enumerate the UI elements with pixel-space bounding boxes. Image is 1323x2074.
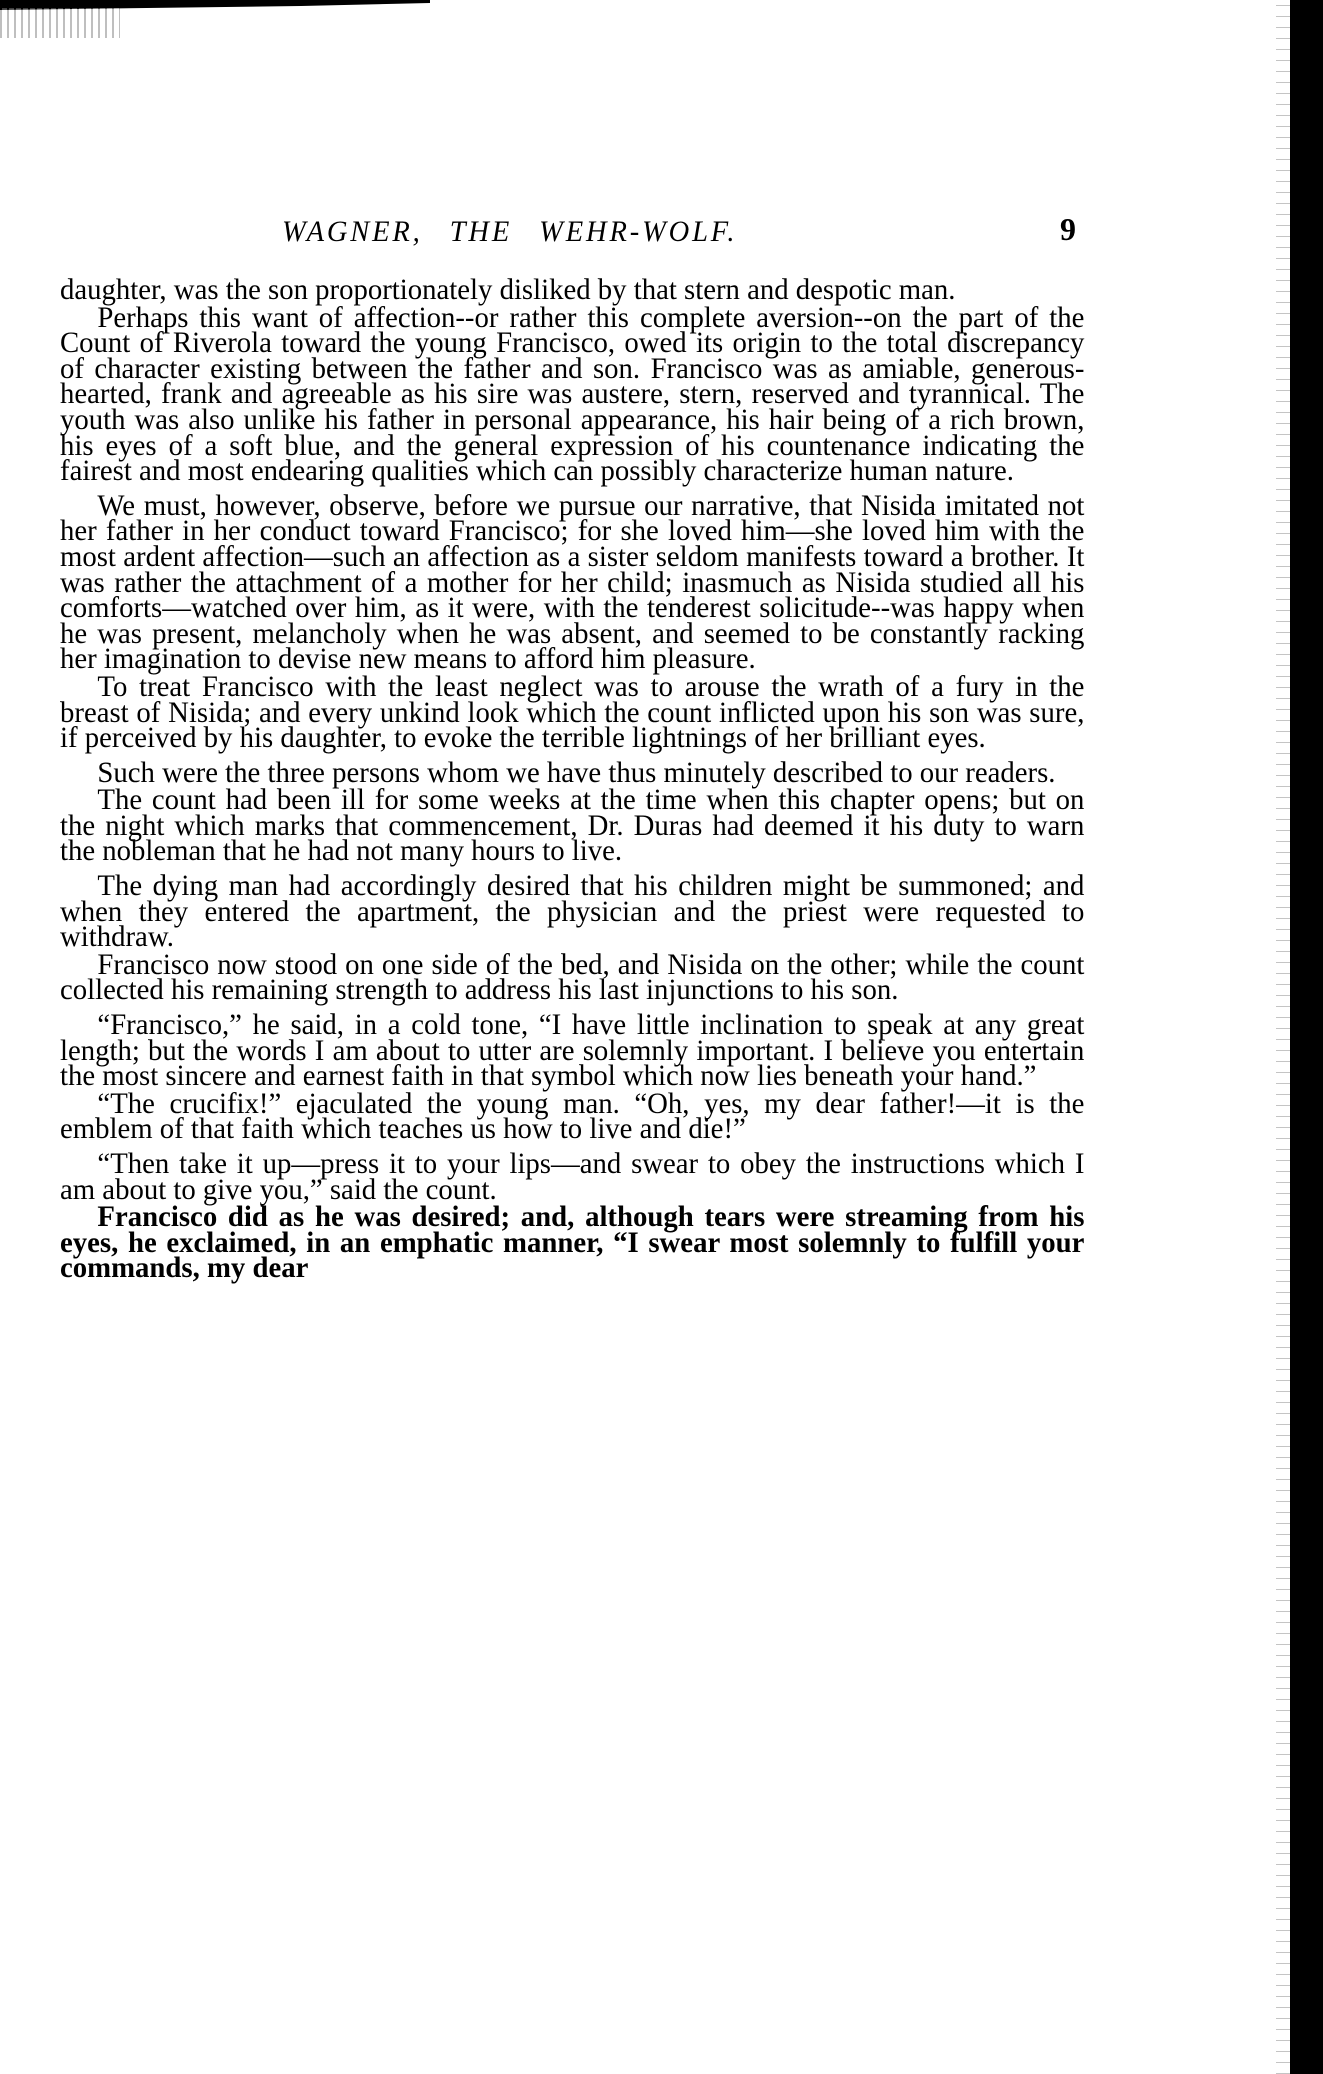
paragraph: Francisco did as he was desired; and, al… xyxy=(60,1205,1084,1282)
scan-noise-top-left xyxy=(0,8,120,38)
running-title: WAGNER, THE WEHR-WOLF. xyxy=(282,215,737,249)
paragraph: daughter, was the son proportionately di… xyxy=(60,278,1084,304)
running-head: WAGNER, THE WEHR-WOLF. 9 xyxy=(60,215,1100,255)
paragraph: “The crucifix!” ejaculated the young man… xyxy=(60,1092,1084,1143)
scan-edge-right xyxy=(1290,0,1323,2074)
paragraph: Such were the three persons whom we have… xyxy=(60,761,1084,787)
paragraph: Perhaps this want of affection--or rathe… xyxy=(60,306,1084,485)
paragraph: Francisco now stood on one side of the b… xyxy=(60,953,1084,1004)
paragraph: To treat Francisco with the least neglec… xyxy=(60,675,1084,752)
page-number: 9 xyxy=(1060,211,1076,248)
paragraph: The dying man had accordingly desired th… xyxy=(60,874,1084,951)
paragraph: The count had been ill for some weeks at… xyxy=(60,788,1084,865)
paragraph: “Then take it up—press it to your lips—a… xyxy=(60,1152,1084,1203)
paragraph: “Francisco,” he said, in a cold tone, “I… xyxy=(60,1013,1084,1090)
paragraph: We must, however, observe, before we pur… xyxy=(60,494,1084,673)
scan-noise-right xyxy=(1276,0,1290,2074)
body-text: daughter, was the son proportionately di… xyxy=(60,278,1100,1291)
